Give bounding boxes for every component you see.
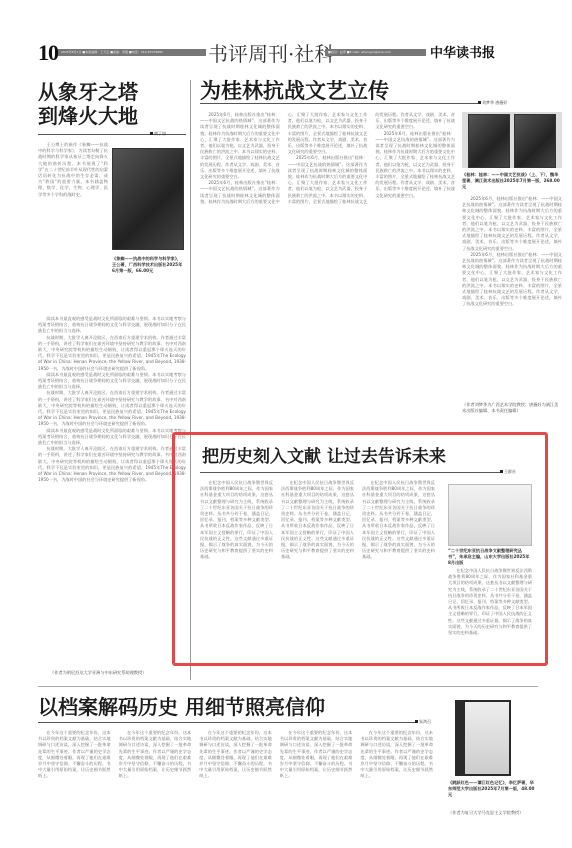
book-caption: 《跳跃红色——谭江红色记忆》，李忆萨著，华东师范大学出版社2025年7月第一版，… (448, 780, 538, 798)
section-divider (38, 686, 538, 687)
article-body: 2025年6月，桂林出版社推出“桂林：——中国文艺抗战的热情城”。这部著作为读者… (200, 112, 455, 447)
book-caption: 《象蜘——抗战中的科学与科学家》，王公著，广西科学技术出版社2025年6月第一版… (112, 256, 184, 274)
book-set-image (448, 484, 532, 546)
headline-rule (200, 103, 480, 104)
headline: 把历史刻入文献 让过去告诉未来 (202, 446, 446, 468)
author-note: （作者刘梦华为广西艺术学院教授；唐薇妤为漓江美术出版社编辑、本书责任编辑） (462, 402, 562, 414)
section-title: 书评周刊·社科 (208, 38, 334, 67)
article-body: 在今年这个重要的纪念年份，这本书以珍贵的档案文献为基础，结合实地调研与口述访谈，… (38, 730, 433, 845)
byline: 黄丁如 (150, 131, 166, 137)
masthead-info-right: ■校对：赵青 ■E-mail: whongxo@sina.com (325, 49, 426, 56)
article-body-side: 在纪念中国人民抗日战争暨世界反法西斯战争胜利80周年之际，作为国家社科基金重大项… (448, 568, 532, 654)
book-cover-image (455, 700, 511, 776)
book-cover-image (462, 112, 562, 168)
author-note: （作者为复旦大学马克思主义学院教授） (448, 810, 538, 816)
article-body-col1: 王公博士的新作《象蜘——抗战中的科学与科学家》，为读者勾勒了抗战时期的科学家从象… (38, 142, 108, 314)
headline-rule (38, 722, 418, 723)
book-caption: “二十世纪东亚抗日战争文献整理研究丛书”，朱承启主编，山东大学出版社2025年8… (448, 548, 532, 566)
byline: 朱鸿召 (415, 719, 431, 725)
headline: 以档案解码历史 用细节照亮信仰 (38, 694, 325, 720)
byline: 王群社 (500, 469, 516, 475)
headline-line2: 到烽火大地 (38, 104, 138, 128)
masthead-info-left: 2025年8月1日 ■本版编辑：王天定 ■美编：李强 ■电话：010-87079… (58, 49, 206, 56)
article-body: 在纪念中国人民抗日战争暨世界反法西斯战争胜利80周年之际，作为国家社科基金重大项… (200, 480, 435, 655)
book-cover-image (112, 148, 184, 250)
headline-rule (200, 472, 500, 473)
page-number: 10 (38, 40, 58, 66)
author-note: （作者为明尼苏达大学亚洲与中东研究系助理教授） (50, 670, 146, 676)
headline-line1: 从象牙之塔 (38, 80, 138, 104)
article-body-main: 阅读本书最直观的感受是战时文化所面临的艰难与坚韧。本书以实地考察与档案考证相结合… (38, 316, 186, 634)
byline: 刘梦华 唐薇妤 (478, 100, 507, 106)
article-body-side: 2025年6月，桂林出版社推出“桂林：——中国文艺抗战的热情城”。这部著作为读者… (462, 196, 562, 392)
headline: 为桂林抗战文艺立传 (200, 78, 389, 104)
newspaper-logo: 中华读书报 (430, 42, 495, 61)
book-caption: 《桂林：桂林：——中国文艺抗战》（上、下），魏华莹著，漓江美术出版社2025年7… (462, 172, 562, 190)
